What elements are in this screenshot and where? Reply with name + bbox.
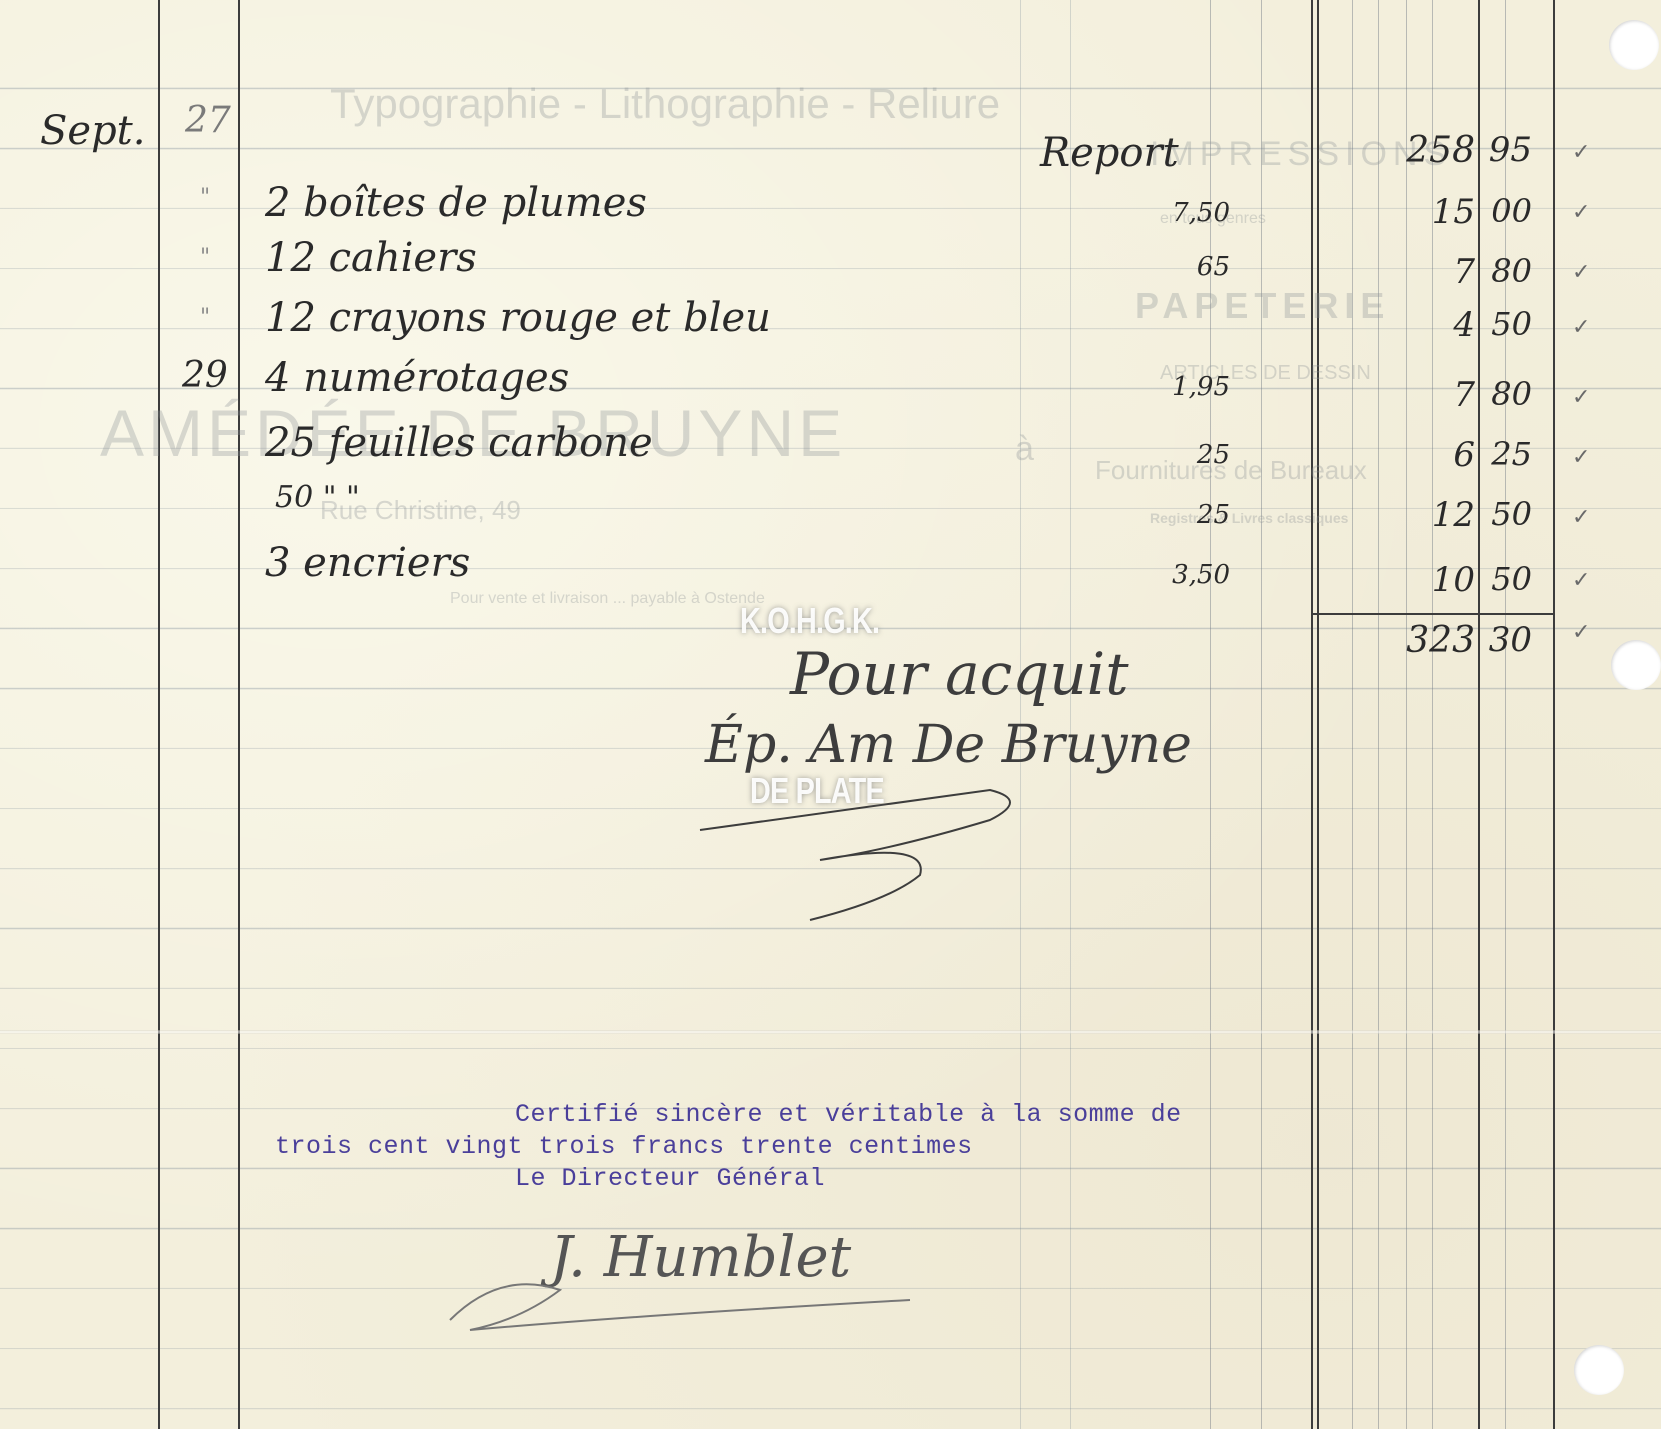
item-cents: 50: [1482, 305, 1532, 343]
item-francs: 6: [1380, 435, 1475, 475]
letterhead-company-prefix: à: [1015, 430, 1034, 469]
report-cents: 95: [1482, 130, 1532, 170]
receipt-signature: Ép. Am De Bruyne: [705, 715, 1192, 775]
check-mark-icon: ✓: [1572, 385, 1590, 410]
amount-column-double-line: [1311, 0, 1313, 1429]
item-francs: 10: [1380, 560, 1475, 600]
month: Sept.: [40, 108, 145, 154]
amount-column-double-line: [1317, 0, 1319, 1429]
date-ditto: ": [200, 245, 210, 270]
paper-fold: [0, 1030, 1661, 1034]
binder-hole: [1574, 1345, 1624, 1395]
item-cents: 25: [1482, 435, 1532, 473]
item-unit-price: 25: [1150, 500, 1230, 530]
item-unit-price: 1,95: [1150, 372, 1230, 402]
report-francs: 258: [1380, 130, 1475, 171]
item-francs: 7: [1380, 252, 1475, 292]
item-description: 12 cahiers: [265, 235, 477, 281]
item-description: 50 " ": [275, 480, 360, 515]
item-cents: 50: [1482, 495, 1532, 533]
letterhead-terms: Pour vente et livraison ... payable à Os…: [450, 590, 765, 608]
item-cents: 50: [1482, 560, 1532, 598]
letterhead-papeterie: PAPETERIE: [1135, 285, 1390, 327]
day: 27: [185, 100, 231, 141]
item-cents: 80: [1482, 375, 1532, 413]
total-rule: [1313, 613, 1553, 615]
amount-subcolumn-line: [1378, 0, 1379, 1429]
check-mark-icon: ✓: [1572, 568, 1590, 593]
item-description: 3 encriers: [265, 540, 470, 586]
item-description: 25 feuilles carbone: [265, 420, 653, 466]
item-unit-price: 7,50: [1150, 198, 1230, 228]
date-ditto: ": [200, 305, 210, 330]
binder-hole: [1609, 20, 1659, 70]
certification-line3: Le Directeur Général: [515, 1164, 825, 1193]
letterhead-fournitures: Fournitures de Bureaux: [1095, 455, 1367, 486]
item-description: 2 boîtes de plumes: [265, 180, 647, 226]
date-ditto: ": [200, 185, 210, 210]
date-column-line: [158, 0, 160, 1429]
description-column-line: [238, 0, 240, 1429]
item-unit-price: 25: [1150, 440, 1230, 470]
letterhead-trade-line: Typographie - Lithographie - Reliure: [330, 80, 1000, 128]
check-mark-icon: ✓: [1572, 200, 1590, 225]
watermark-line2: DE PLATE: [750, 770, 884, 812]
amount-subcolumn-line: [1352, 0, 1353, 1429]
check-mark-icon: ✓: [1572, 505, 1590, 530]
receipt-acquit: Pour acquit: [790, 640, 1129, 708]
binder-hole: [1611, 640, 1661, 690]
report-label: Report: [1040, 130, 1179, 176]
item-description: 12 crayons rouge et bleu: [265, 295, 771, 341]
item-francs: 4: [1380, 305, 1475, 345]
item-description: 4 numérotages: [265, 355, 569, 401]
total-francs: 323: [1340, 620, 1475, 661]
check-mark-icon: ✓: [1572, 315, 1590, 340]
check-mark-icon: ✓: [1572, 260, 1590, 285]
total-cents: 30: [1482, 620, 1532, 660]
cents-column-line: [1478, 0, 1480, 1429]
item-cents: 00: [1482, 192, 1532, 230]
watermark-line1: K.O.H.G.K.: [740, 600, 879, 642]
check-mark-icon: ✓: [1572, 445, 1590, 470]
certification-line2: trois cent vingt trois francs trente cen…: [275, 1132, 973, 1161]
amount-right-edge-line: [1553, 0, 1555, 1429]
certification-line1: Certifié sincère et véritable à la somme…: [515, 1100, 1182, 1129]
item-francs: 15: [1380, 192, 1475, 232]
item-francs: 12: [1380, 495, 1475, 535]
item-francs: 7: [1380, 375, 1475, 415]
item-date: 29: [182, 355, 228, 396]
item-cents: 80: [1482, 252, 1532, 290]
check-mark-icon: ✓: [1572, 140, 1590, 165]
check-mark-icon: ✓: [1572, 620, 1590, 645]
director-signature-flourish: [440, 1260, 920, 1340]
item-unit-price: 65: [1150, 252, 1230, 282]
item-unit-price: 3,50: [1150, 560, 1230, 590]
